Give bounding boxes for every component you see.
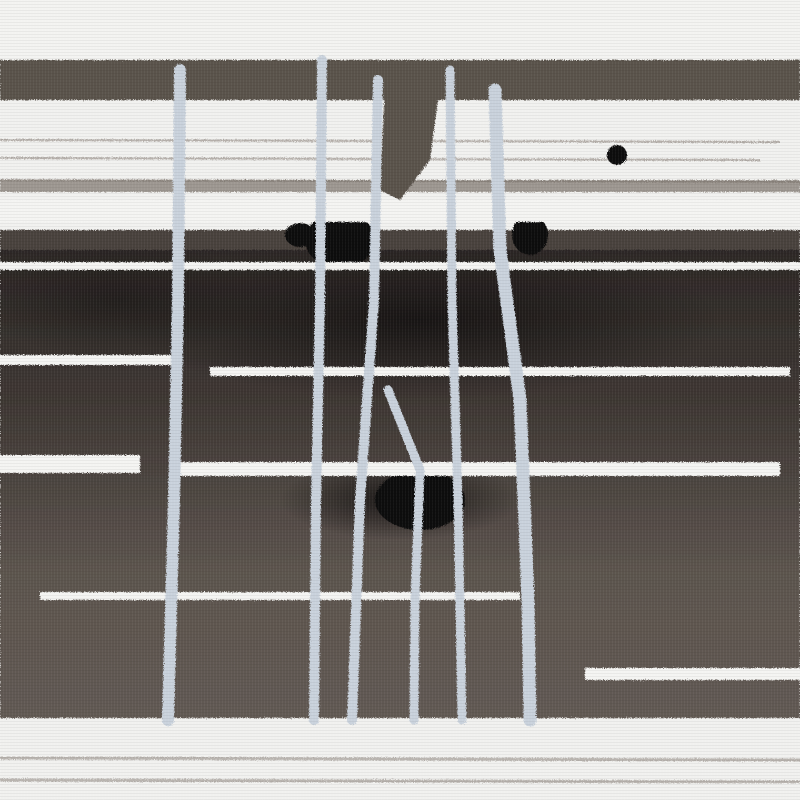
painting-canvas — [0, 0, 800, 800]
abstract-painting — [0, 0, 800, 800]
